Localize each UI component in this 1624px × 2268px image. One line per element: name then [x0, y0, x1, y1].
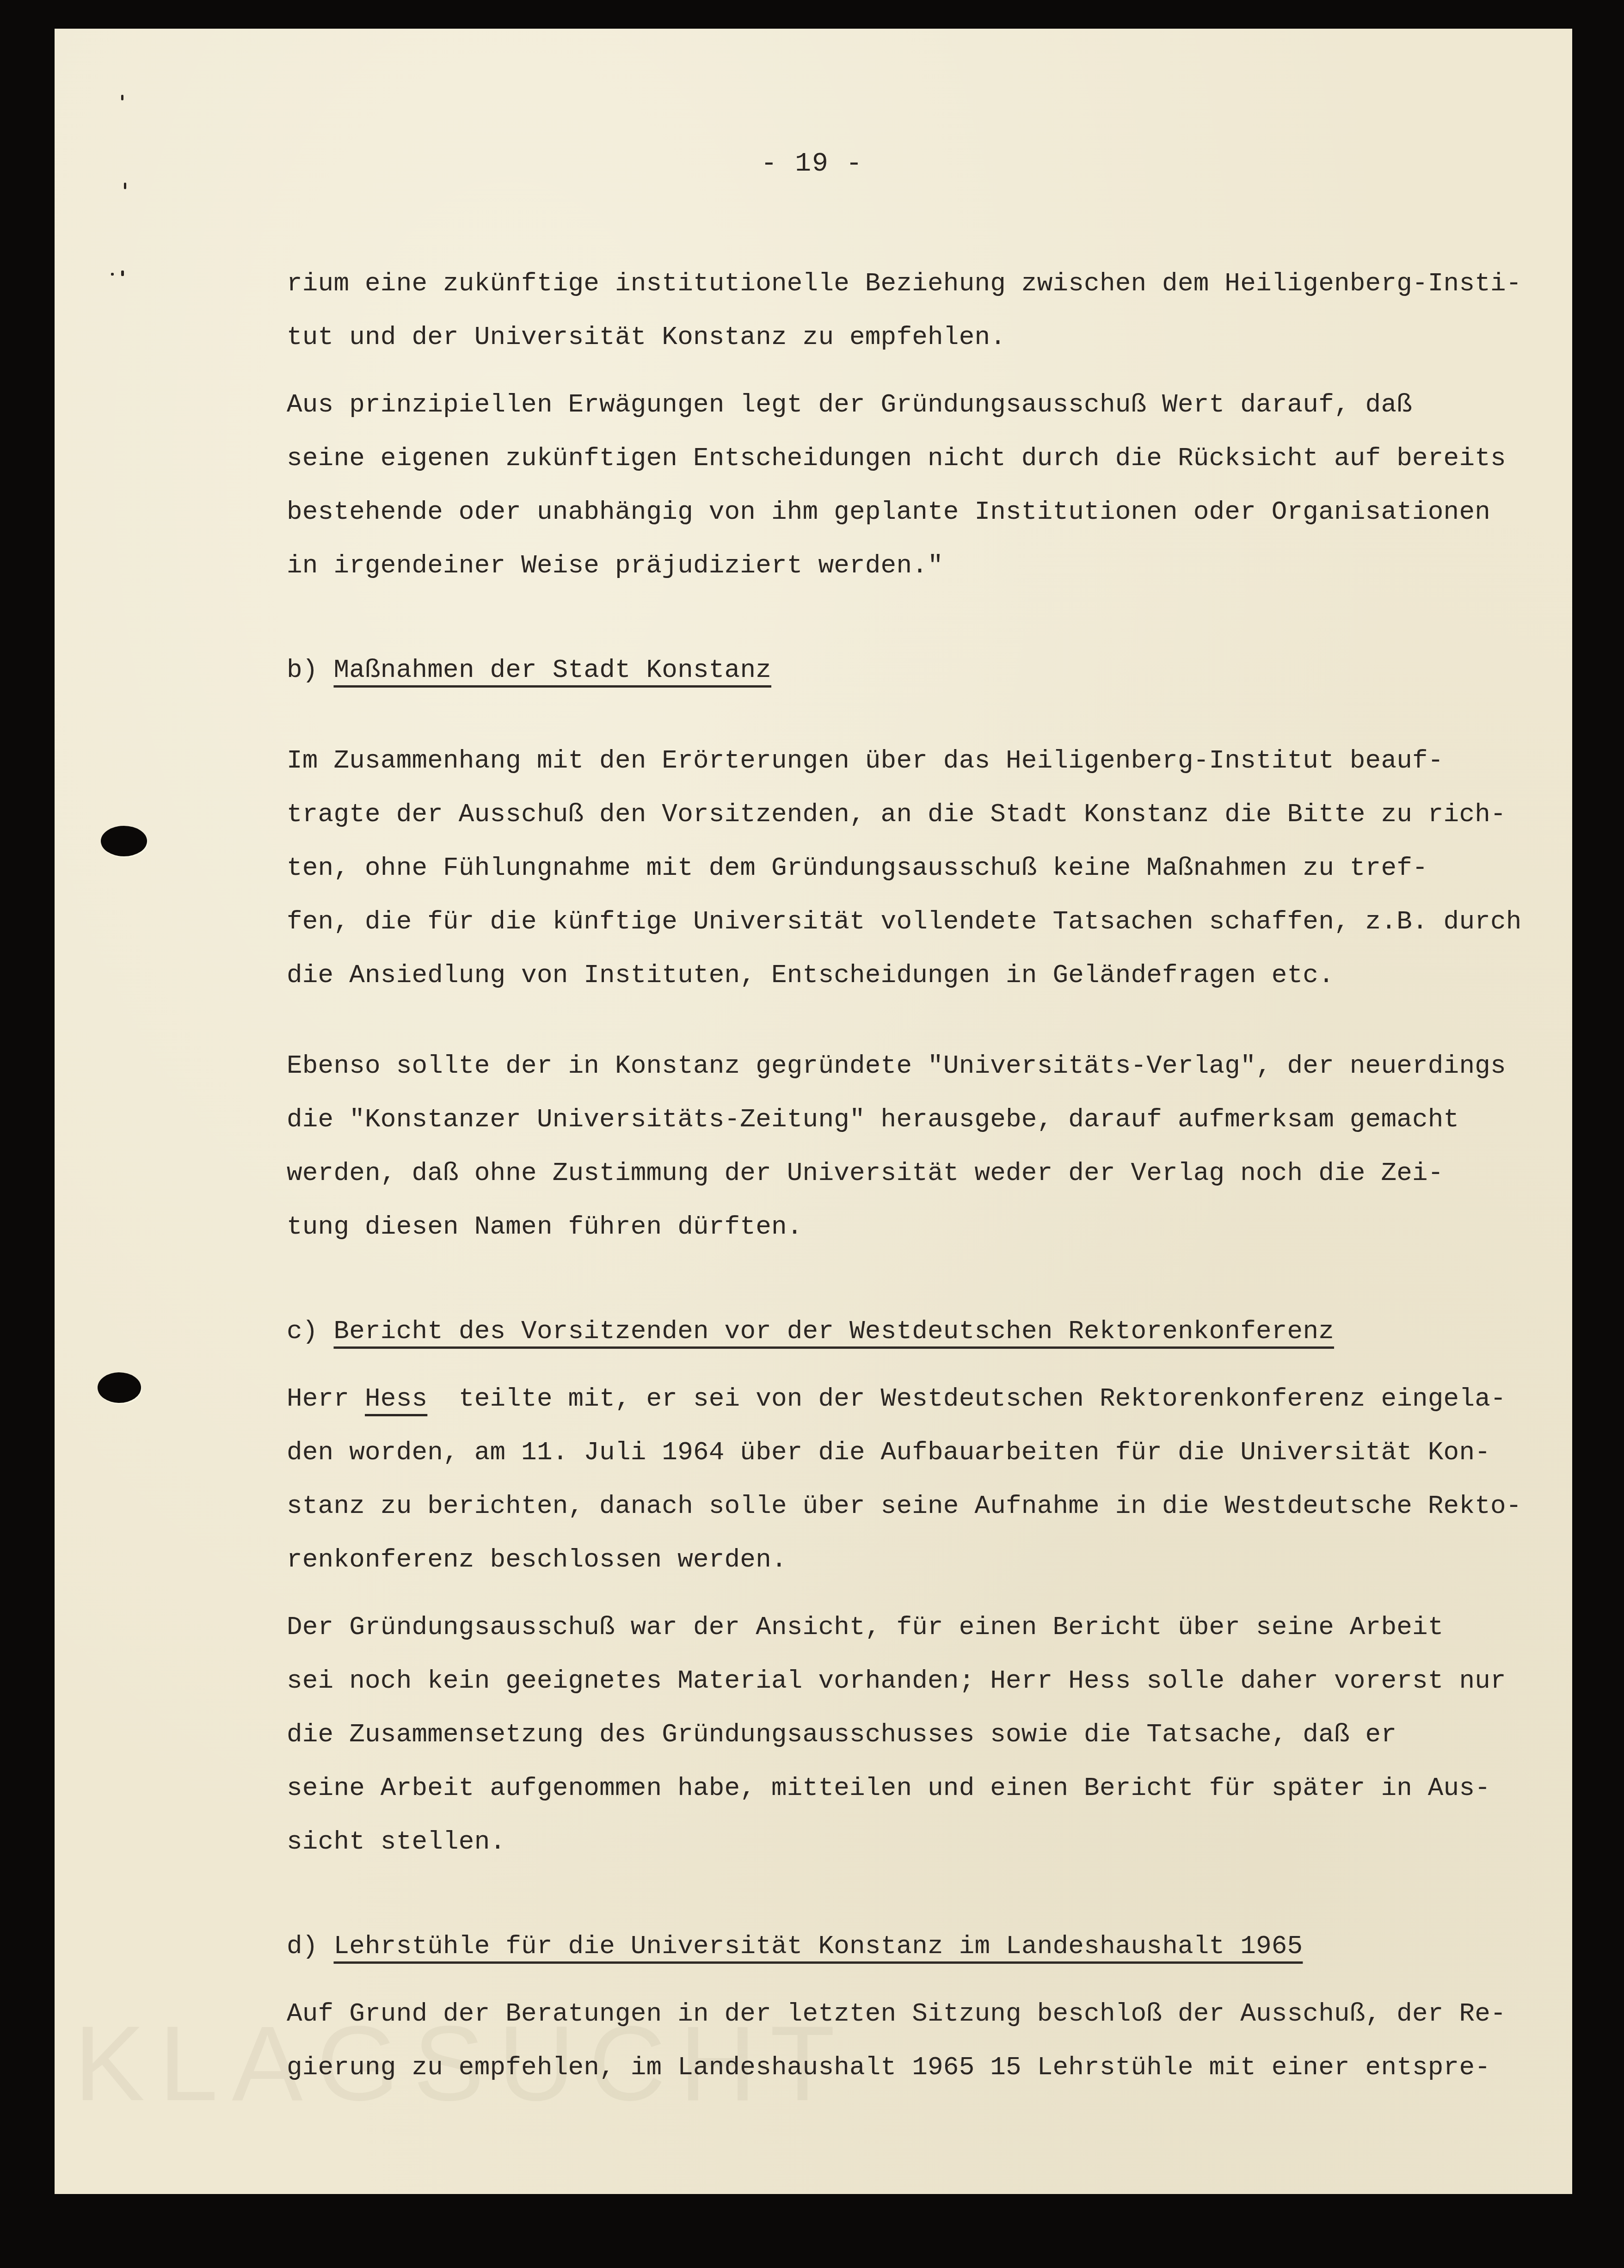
text-line: tut und der Universität Konstanz zu empf… — [287, 310, 1554, 364]
text-line: seine Arbeit aufgenommen habe, mitteilen… — [287, 1761, 1554, 1815]
margin-speck — [111, 273, 114, 276]
page-number: - 19 - — [0, 149, 1624, 179]
margin-speck — [121, 270, 124, 276]
margin-speck — [121, 95, 123, 100]
paragraph: Der Gründungsausschuß war der Ansicht, f… — [287, 1600, 1554, 1868]
paragraph: Auf Grund der Beratungen in der letzten … — [287, 1987, 1554, 2094]
text-line: Auf Grund der Beratungen in der letzten … — [287, 1987, 1554, 2041]
paragraph: Herr Hess teilte mit, er sei von der Wes… — [287, 1372, 1554, 1586]
section-title: Bericht des Vorsitzenden vor der Westdeu… — [333, 1316, 1334, 1346]
section-heading: c) Bericht des Vorsitzenden vor der West… — [287, 1304, 1554, 1358]
text-line: Der Gründungsausschuß war der Ansicht, f… — [287, 1600, 1554, 1654]
section-c: c) Bericht des Vorsitzenden vor der West… — [287, 1304, 1554, 1868]
text-line: tragte der Ausschuß den Vorsitzenden, an… — [287, 787, 1554, 841]
text-fragment: teilte mit, er sei von der Westdeutschen… — [427, 1384, 1506, 1414]
text-line: den worden, am 11. Juli 1964 über die Au… — [287, 1426, 1554, 1479]
text-line: die "Konstanzer Universitäts-Zeitung" he… — [287, 1093, 1554, 1146]
person-name-underlined: Hess — [365, 1384, 427, 1414]
paragraph: Im Zusammenhang mit den Erörterungen übe… — [287, 734, 1554, 1002]
punch-hole-lower — [98, 1372, 141, 1403]
text-line: in irgendeiner Weise präjudiziert werden… — [287, 539, 1554, 592]
punch-hole-upper — [101, 826, 147, 856]
section-b: b) Maßnahmen der Stadt Konstanz Im Zusam… — [287, 643, 1554, 1254]
text-line: bestehende oder unabhängig von ihm gepla… — [287, 485, 1554, 539]
text-line: werden, daß ohne Zustimmung der Universi… — [287, 1146, 1554, 1200]
text-line: seine eigenen zukünftigen Entscheidungen… — [287, 431, 1554, 485]
text-line: stanz zu berichten, danach solle über se… — [287, 1479, 1554, 1533]
text-line: sei noch kein geeignetes Material vorhan… — [287, 1654, 1554, 1708]
text-line: die Zusammensetzung des Gründungsausschu… — [287, 1708, 1554, 1761]
text-line: fen, die für die künftige Universität vo… — [287, 895, 1554, 948]
section-marker: b) — [287, 655, 318, 685]
section-heading: b) Maßnahmen der Stadt Konstanz — [287, 643, 1554, 697]
quote-paragraph: Aus prinzipiellen Erwägungen legt der Gr… — [287, 378, 1554, 592]
text-line: ten, ohne Fühlungnahme mit dem Gründungs… — [287, 841, 1554, 895]
text-line: renkonferenz beschlossen werden. — [287, 1533, 1554, 1586]
section-d: d) Lehrstühle für die Universität Konsta… — [287, 1919, 1554, 2094]
margin-speck — [124, 183, 126, 189]
section-marker: c) — [287, 1316, 318, 1346]
text-line: gierung zu empfehlen, im Landeshaushalt … — [287, 2041, 1554, 2094]
text-line: Aus prinzipiellen Erwägungen legt der Gr… — [287, 378, 1554, 431]
text-fragment: Herr — [287, 1384, 365, 1414]
text-line: die Ansiedlung von Instituten, Entscheid… — [287, 948, 1554, 1002]
text-line: Im Zusammenhang mit den Erörterungen übe… — [287, 734, 1554, 787]
text-line: Ebenso sollte der in Konstanz gegründete… — [287, 1039, 1554, 1093]
document-body: rium eine zukünftige institutionelle Bez… — [287, 257, 1554, 2094]
section-title: Maßnahmen der Stadt Konstanz — [333, 655, 771, 685]
text-line: Herr Hess teilte mit, er sei von der Wes… — [287, 1372, 1554, 1426]
section-title: Lehrstühle für die Universität Konstanz … — [333, 1931, 1303, 1961]
paragraph: Ebenso sollte der in Konstanz gegründete… — [287, 1039, 1554, 1254]
text-line: sicht stellen. — [287, 1815, 1554, 1868]
section-marker: d) — [287, 1931, 318, 1961]
continuation-paragraph: rium eine zukünftige institutionelle Bez… — [287, 257, 1554, 364]
section-heading: d) Lehrstühle für die Universität Konsta… — [287, 1919, 1554, 1973]
text-line: rium eine zukünftige institutionelle Bez… — [287, 257, 1554, 310]
text-line: tung diesen Namen führen dürften. — [287, 1200, 1554, 1254]
